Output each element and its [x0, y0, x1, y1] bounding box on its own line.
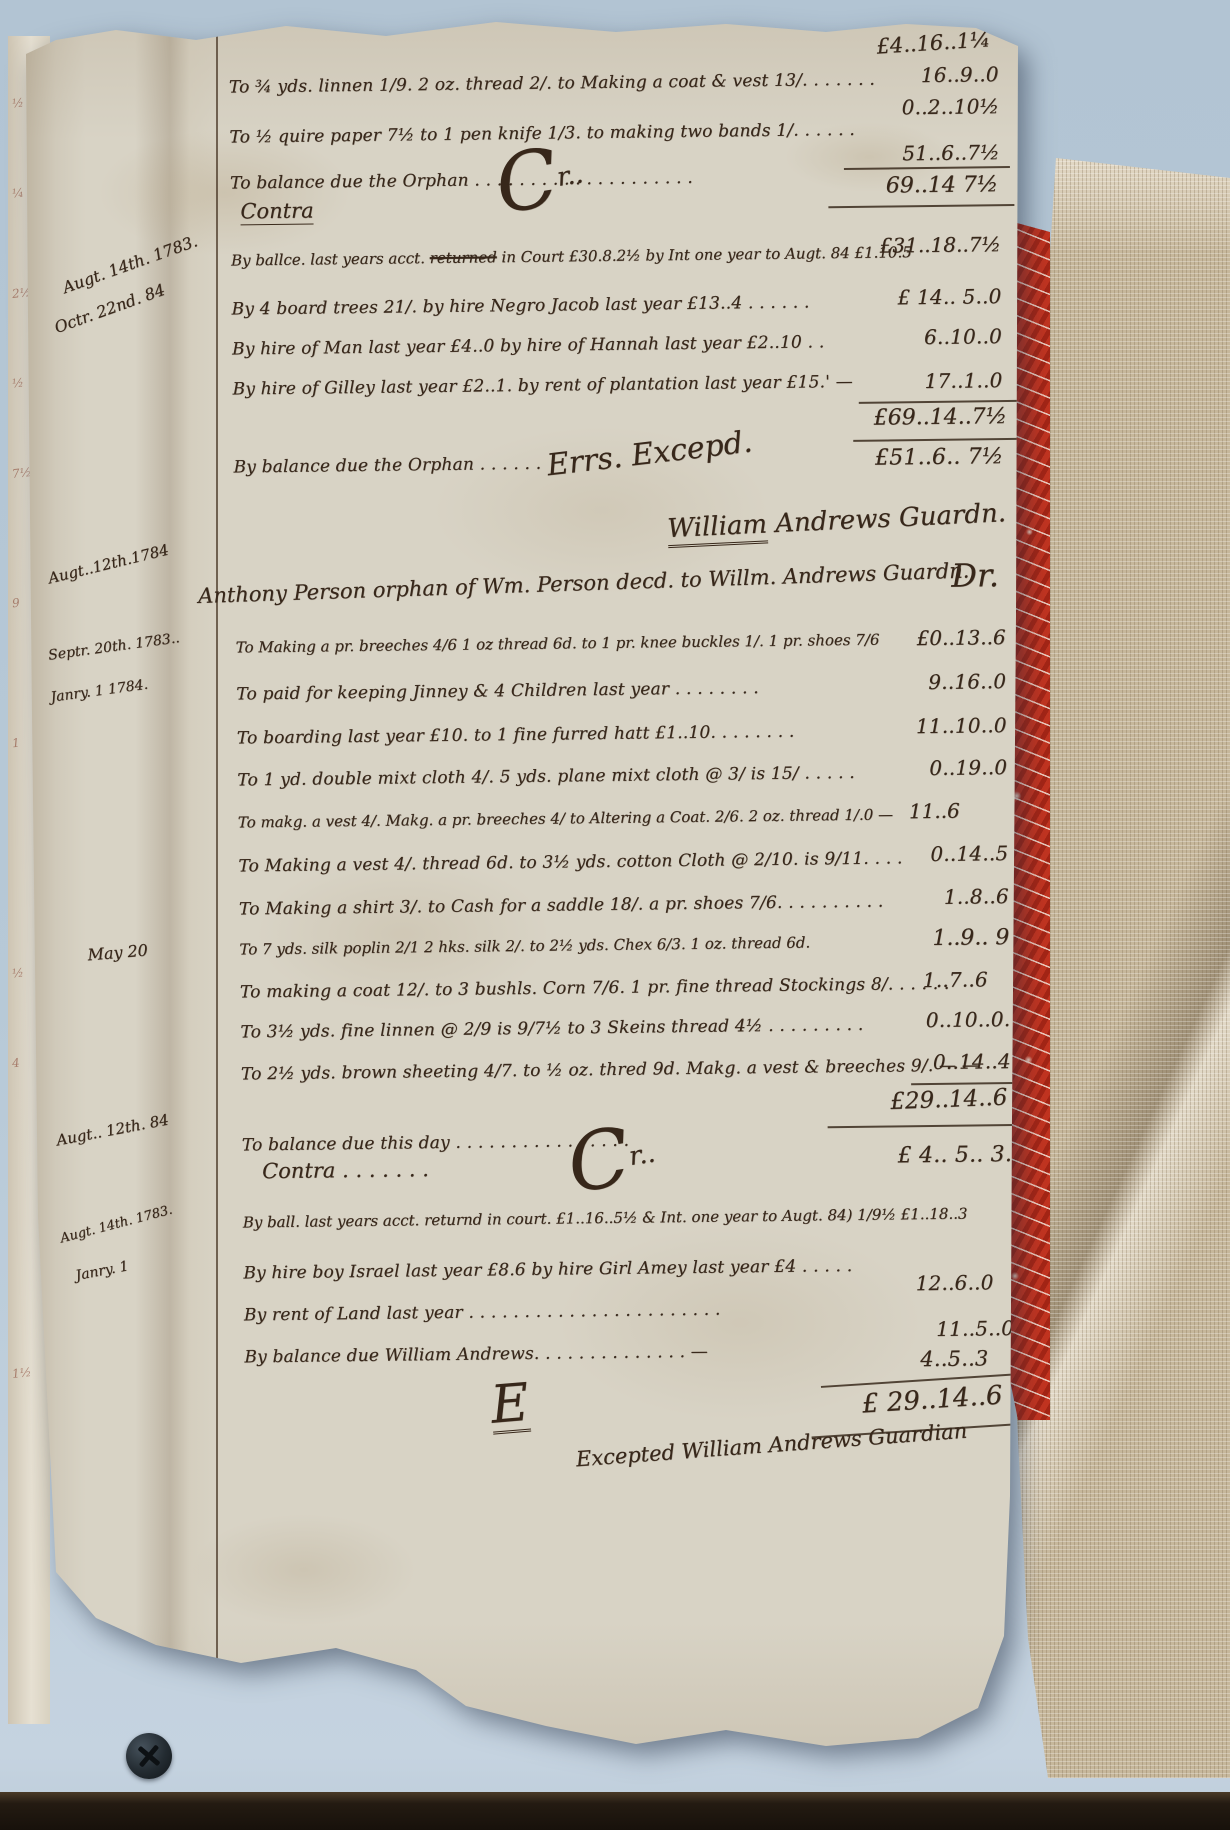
entry-text: To Making a vest 4/. thread 6d. to 3½ yd… — [238, 848, 902, 876]
edge-mark: 4 — [11, 1056, 20, 1071]
page-number: 61 — [1118, 2, 1160, 38]
ledger-row: By hire boy Israel last year £8.6 by hir… — [243, 1254, 1019, 1283]
ledger-row: To paid for keeping Jinney & 4 Children … — [236, 675, 1012, 704]
cr-flourish: Cr.. — [492, 141, 588, 217]
section-total: £69..14..7½ — [874, 404, 1008, 431]
struck-word: returned — [430, 248, 497, 267]
section-total: £29..14..6 — [890, 1085, 1008, 1115]
entry-text: To making a coat 12/. to 3 bushls. Corn … — [240, 974, 950, 1003]
entry-amount: £31..18..7½ — [880, 232, 1001, 257]
ledger-row: By balance due William Andrews. . . . . … — [244, 1338, 1020, 1367]
margin-date: Septr. 20th. 1783.. — [47, 630, 180, 664]
entry-amount: 4..5..3 — [920, 1346, 988, 1371]
entry-text: By hire of Gilley last year £2..1. by re… — [232, 372, 853, 400]
entry-text: To 1 yd. double mixt cloth 4/. 5 yds. pl… — [237, 763, 855, 791]
ledger-row: To Making a shirt 3/. to Cash for a sadd… — [239, 890, 1015, 919]
entry-amount: £51..6.. 7½ — [875, 444, 1004, 471]
entry-amount: 0..10..0. — [926, 1007, 1011, 1032]
cr-flourish: Cr.. — [564, 1121, 660, 1197]
ledger-row: To 1 yd. double mixt cloth 4/. 5 yds. pl… — [237, 761, 1013, 790]
margin-date: Augt. 14th. 1783. — [59, 1203, 174, 1247]
entry-amount: £ 14.. 5..0 — [897, 284, 1001, 309]
entry-text: To boarding last year £10. to 1 fine fur… — [237, 722, 795, 749]
entry-text: By 4 board trees 21/. by hire Negro Jaco… — [231, 292, 809, 319]
ledger-row: By hire of Gilley last year £2..1. by re… — [232, 370, 1008, 399]
entry-text: By balance due the Orphan . . . . . . — [233, 454, 541, 478]
entry-text: To Making a pr. breeches 4/6 1 oz thread… — [236, 631, 880, 657]
ledger-row: To Making a pr. breeches 4/6 1 oz thread… — [236, 629, 1012, 656]
sum-line — [828, 204, 1014, 208]
carried-forward-amount: £4..16..1¼ — [876, 27, 991, 58]
ledger-row: By rent of Land last year . . . . . . . … — [244, 1296, 1020, 1325]
entry-text: By ball. last years acct. returnd in cou… — [243, 1205, 968, 1232]
sum-line — [911, 1082, 1027, 1085]
margin-date: Augt. 14th. 1783. — [60, 231, 200, 297]
entry-amount: 1..9.. 9 — [932, 925, 1009, 951]
paper-sheet: 61 £4..16..1¼ To ¾ yds. linnen 1/9. 2 oz… — [26, 16, 1018, 1782]
dr-flourish: Dr. — [951, 556, 999, 595]
margin-date: Janry. 1 1784. — [50, 677, 149, 706]
handwritten-content: 61 £4..16..1¼ To ¾ yds. linnen 1/9. 2 oz… — [26, 4, 1040, 1782]
bottom-scan-strip — [0, 1792, 1230, 1830]
entry-amount: 1..8..6 — [944, 884, 1009, 909]
edge-mark: ½ — [11, 95, 24, 110]
screw-fastener — [126, 1733, 172, 1779]
entry-amount: 17..1..0 — [924, 368, 1002, 393]
ledger-row: To 2½ yds. brown sheeting 4/7. to ½ oz. … — [241, 1055, 1017, 1084]
entry-text: By balance due William Andrews. . . . . … — [244, 1342, 708, 1368]
entry-amount: 11..6 — [909, 799, 960, 824]
margin-date: Augt..12th.1784 — [46, 541, 170, 588]
edge-mark: 9 — [11, 596, 20, 611]
entry-amount: 9..16..0 — [928, 669, 1006, 694]
contra-heading: Contra . . . . . . . — [262, 1157, 429, 1183]
edge-mark: ½ — [11, 965, 24, 980]
ledger-row: To makg. a vest 4/. Makg. a pr. breeches… — [238, 804, 1014, 831]
entry-text: By hire boy Israel last year £8.6 by hir… — [243, 1256, 852, 1283]
margin-date: May 20 — [87, 941, 149, 965]
entry-amount: £ 4.. 5.. 3. — [897, 1142, 1012, 1168]
entry-text: To makg. a vest 4/. Makg. a pr. breeches… — [238, 805, 893, 831]
ledger-row: To Making a vest 4/. thread 6d. to 3½ yd… — [238, 847, 1014, 876]
entry-amount: 0..2..10½ — [902, 94, 1000, 119]
account-heading: Anthony Person orphan of Wm. Person decd… — [198, 558, 970, 608]
scanned-ledger-photo: ½ ¼ 2½ ½ 7½ 9 1 ½ 4 1½ 61 £4..16..1¼ To … — [0, 0, 1230, 1830]
entry-amount: 12..6..0 — [915, 1270, 993, 1295]
ledger-row: To making a coat 12/. to 3 bushls. Corn … — [240, 973, 1016, 1002]
entry-amount: £0..13..6 — [916, 625, 1005, 650]
entry-text: To ¾ yds. linnen 1/9. 2 oz. thread 2/. t… — [229, 70, 875, 98]
sum-line — [853, 438, 1039, 442]
entry-text: By hire of Man last year £4..0 by hire o… — [232, 332, 825, 359]
entry-text: By ballce. last years acct. — [231, 249, 430, 269]
entry-text: To paid for keeping Jinney & 4 Children … — [236, 678, 759, 704]
ledger-row: By 4 board trees 21/. by hire Negro Jaco… — [231, 290, 1007, 319]
ledger-row: To ½ quire paper 7½ to 1 pen knife 1/3. … — [229, 118, 1005, 147]
sum-line — [859, 400, 1037, 404]
closing-initial-flourish: E — [489, 1377, 531, 1435]
ledger-row: By ballce. last years acct. returned in … — [231, 242, 1007, 269]
ledger-row: By ball. last years acct. returnd in cou… — [243, 1204, 1019, 1231]
closing-attestation: Excepted William Andrews Guardian — [575, 1419, 968, 1472]
entry-text: To Making a shirt 3/. to Cash for a sadd… — [239, 892, 884, 920]
margin-date: Janry. 1 — [74, 1258, 130, 1284]
entry-text: By rent of Land last year . . . . . . . … — [244, 1300, 721, 1326]
edge-mark: ¼ — [11, 185, 24, 200]
edge-mark: 1 — [11, 736, 20, 751]
ledger-row: To 7 yds. silk poplin 2/1 2 hks. silk 2/… — [239, 931, 1015, 958]
section-total: 69..14 7½ — [886, 172, 999, 198]
contra-heading: Contra — [240, 199, 314, 224]
entry-amount: 6..10..0 — [924, 324, 1002, 349]
entry-text: To balance due the Orphan . . . . . . . … — [230, 168, 693, 194]
entry-amount: 11..10..0 — [916, 713, 1007, 738]
ledger-row: To boarding last year £10. to 1 fine fur… — [237, 719, 1013, 748]
entry-amount: 0..14..4 — [933, 1049, 1011, 1074]
entry-text: in Court £30.8.2½ by Int one year to Aug… — [497, 243, 912, 266]
entry-amount: 51..6..7½ — [902, 140, 1000, 165]
errors-excepted-script: Errs. Excepd. — [545, 424, 754, 483]
ledger-row: To 3½ yds. fine linnen @ 2/9 is 9/7½ to … — [240, 1013, 1016, 1042]
entry-text: To 7 yds. silk poplin 2/1 2 hks. silk 2/… — [239, 933, 810, 958]
entry-amount: 0..19..0 — [929, 755, 1007, 780]
ledger-row: To ¾ yds. linnen 1/9. 2 oz. thread 2/. t… — [229, 68, 1005, 97]
entry-text: To 2½ yds. brown sheeting 4/7. to ½ oz. … — [241, 1055, 979, 1084]
section-total: £ 29..14..6 — [862, 1381, 1004, 1420]
guardian-signature: William Andrews Guardn. — [667, 498, 1007, 544]
entry-amount: 16..9..0 — [921, 62, 999, 87]
entry-amount: 1..7..6 — [923, 967, 988, 992]
edge-mark: ½ — [11, 375, 24, 390]
entry-amount: 0..14..5 — [930, 841, 1008, 866]
ledger-row: By hire of Man last year £4..0 by hire o… — [232, 330, 1008, 359]
entry-text: To 3½ yds. fine linnen @ 2/9 is 9/7½ to … — [240, 1015, 863, 1043]
ledger-page: 61 £4..16..1¼ To ¾ yds. linnen 1/9. 2 oz… — [26, 16, 1018, 1782]
margin-date: Augt.. 12th. 84 — [55, 1111, 170, 1150]
